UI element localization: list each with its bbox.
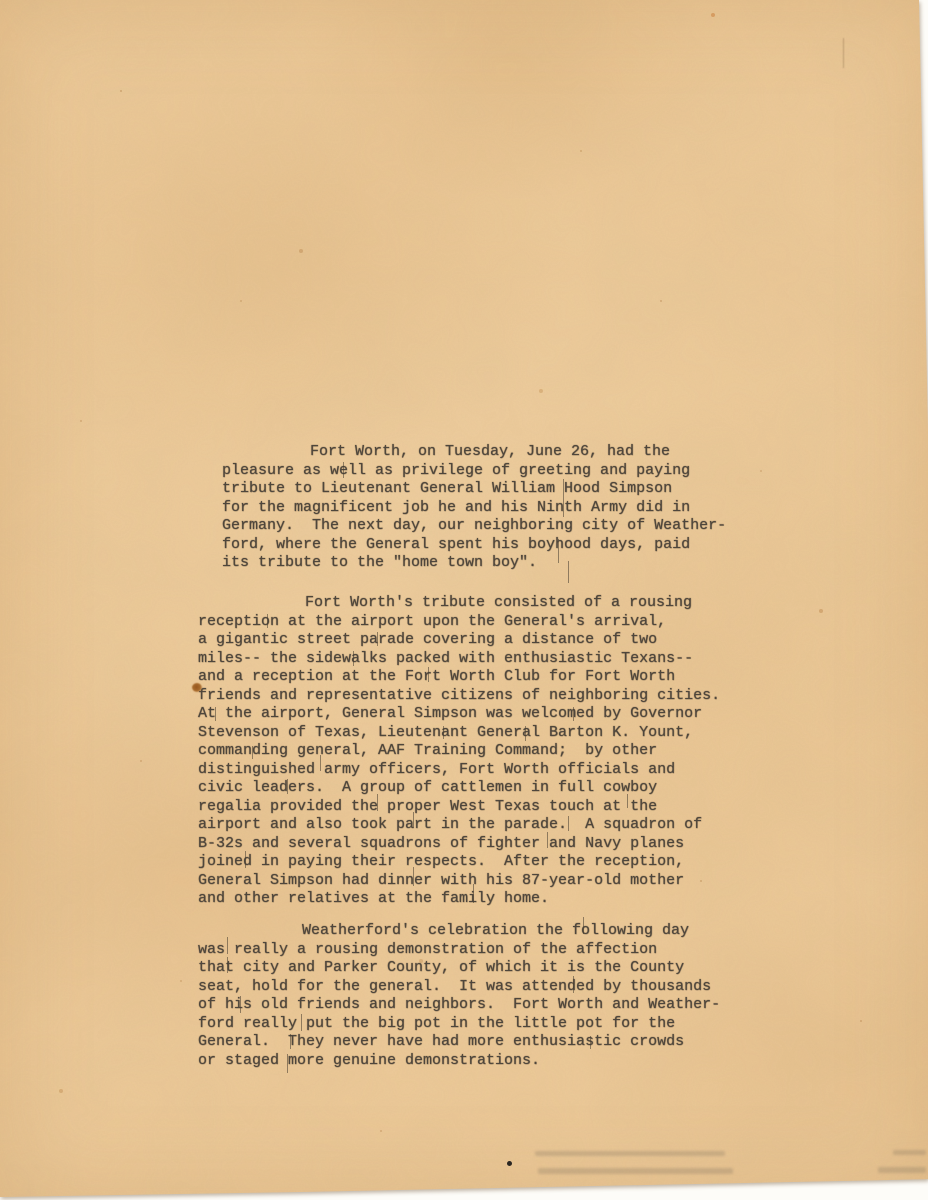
- paragraph-fort-worth-tribute-intro: Fort Worth, on Tuesday, June 26, had the…: [222, 443, 726, 573]
- typewriter-stray-mark: [428, 667, 429, 682]
- bleed-through-streak: [535, 1151, 725, 1156]
- typewriter-stray-mark: [568, 561, 569, 583]
- typewriter-stray-mark: [568, 816, 569, 831]
- typewriter-stray-mark: [320, 755, 321, 771]
- typewriter-stray-mark: [627, 794, 628, 808]
- typewriter-stray-mark: [301, 1014, 302, 1031]
- typewriter-stray-mark: [377, 632, 378, 646]
- bleed-through-streak: [538, 1168, 733, 1174]
- margin-ink-dot: [192, 683, 202, 692]
- typewriter-stray-mark: [245, 851, 246, 868]
- typewriter-stray-mark: [563, 479, 564, 517]
- typewriter-stray-mark: [558, 539, 559, 563]
- bleed-through-streak: [893, 1150, 926, 1155]
- typewriter-stray-mark: [287, 1054, 288, 1073]
- scanner-background: { "document": { "description": "Aged typ…: [0, 0, 928, 1200]
- typewriter-stray-mark: [227, 957, 228, 973]
- typewriter-stray-mark: [413, 867, 414, 886]
- typewriter-stray-mark: [252, 746, 253, 759]
- typewriter-stray-mark: [343, 462, 344, 478]
- typewriter-stray-mark: [413, 812, 414, 828]
- typewriter-stray-mark: [227, 937, 228, 954]
- typewriter-stray-mark: [377, 794, 378, 811]
- typewriter-stray-mark: [287, 779, 288, 794]
- typewriter-stray-mark: [583, 917, 584, 934]
- typewriter-stray-mark: [353, 651, 354, 666]
- typewriter-stray-mark: [547, 832, 548, 848]
- typewritten-page: Fort Worth, on Tuesday, June 26, had the…: [0, 0, 928, 1200]
- typewriter-stray-mark: [573, 976, 574, 993]
- typewriter-stray-mark: [215, 707, 216, 721]
- paper-scratch-mark: [843, 38, 844, 68]
- paper-shadow-wrap: Fort Worth, on Tuesday, June 26, had the…: [0, 0, 928, 1200]
- typewriter-stray-mark: [290, 1034, 291, 1049]
- typewriter-stray-mark: [590, 1036, 591, 1049]
- paragraph-weatherford-celebration: Weatherford's celebration the following …: [198, 922, 720, 1070]
- small-ink-speck: [507, 1161, 512, 1166]
- typewriter-stray-mark: [473, 884, 474, 903]
- typewriter-stray-mark: [573, 707, 574, 721]
- typewriter-stray-mark: [525, 726, 526, 741]
- typewriter-stray-mark: [443, 726, 444, 739]
- typewriter-stray-mark: [267, 614, 268, 628]
- bleed-through-streak: [878, 1167, 926, 1173]
- paragraph-fort-worth-reception-details: Fort Worth's tribute consisted of a rous…: [198, 594, 720, 909]
- typewriter-stray-mark: [240, 996, 241, 1013]
